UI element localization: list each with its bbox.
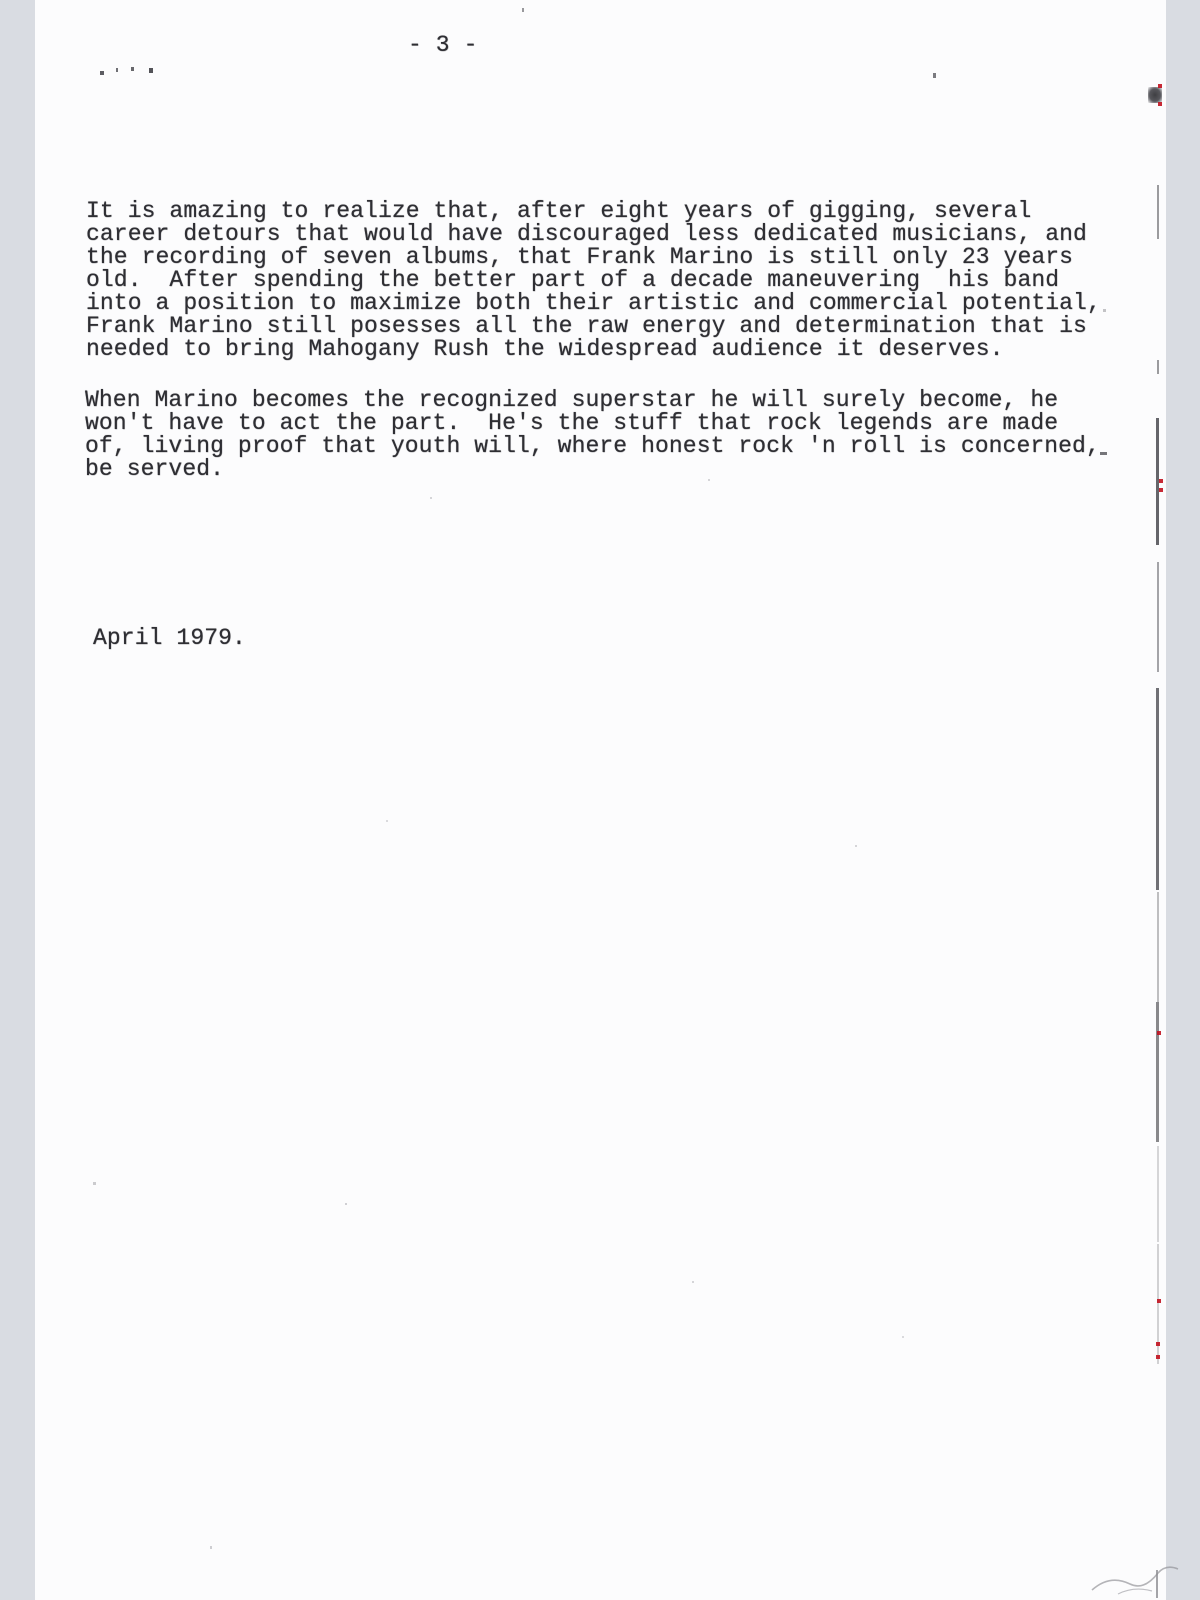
scan-red-mark: [1158, 102, 1162, 106]
scan-edge-line: [1156, 1002, 1159, 1142]
scan-speck: [131, 67, 134, 71]
page-number: - 3 -: [408, 34, 478, 57]
scan-speck: [345, 1203, 347, 1205]
scan-speck: [692, 1281, 694, 1283]
pencil-squiggle: [1088, 1564, 1188, 1598]
scan-speck: [100, 71, 104, 75]
scan-red-mark: [1157, 1031, 1161, 1035]
scan-red-mark: [1159, 488, 1163, 492]
scan-edge-line: [1157, 892, 1159, 1002]
scan-red-mark: [1157, 1299, 1161, 1303]
scan-red-mark: [1156, 1342, 1160, 1346]
scan-edge-line: [1157, 562, 1159, 672]
scan-speck: [93, 1182, 96, 1185]
scan-edge-line: [1156, 688, 1159, 890]
scanned-page: - 3 - It is amazing to realize that, aft…: [0, 0, 1200, 1600]
scan-speck: [902, 1336, 904, 1338]
scan-speck: [522, 8, 524, 12]
paragraph-1: It is amazing to realize that, after eig…: [86, 200, 1101, 361]
paragraph-2: When Marino becomes the recognized super…: [85, 389, 1100, 481]
scan-red-mark: [1158, 84, 1162, 88]
scan-speck: [210, 1546, 212, 1549]
date-line: April 1979.: [93, 627, 246, 650]
scan-edge-line: [1157, 185, 1159, 239]
scan-speck: [386, 820, 388, 822]
scan-edge-line: [1157, 1244, 1159, 1364]
scan-speck: [855, 845, 857, 847]
scan-speck: [1100, 452, 1107, 455]
scan-blot: [1148, 87, 1162, 103]
scan-red-mark: [1159, 479, 1163, 483]
scan-speck: [708, 479, 710, 481]
scan-speck: [116, 68, 118, 72]
scan-speck: [933, 73, 936, 78]
scan-speck: [1103, 309, 1106, 312]
scan-edge-line: [1157, 1146, 1159, 1242]
scan-speck: [149, 68, 153, 73]
scan-edge-line: [1157, 360, 1159, 374]
scanner-margin-right: [1166, 0, 1200, 1600]
scan-red-mark: [1156, 1355, 1160, 1359]
scanner-margin-left: [0, 0, 35, 1600]
scan-speck: [430, 497, 432, 499]
